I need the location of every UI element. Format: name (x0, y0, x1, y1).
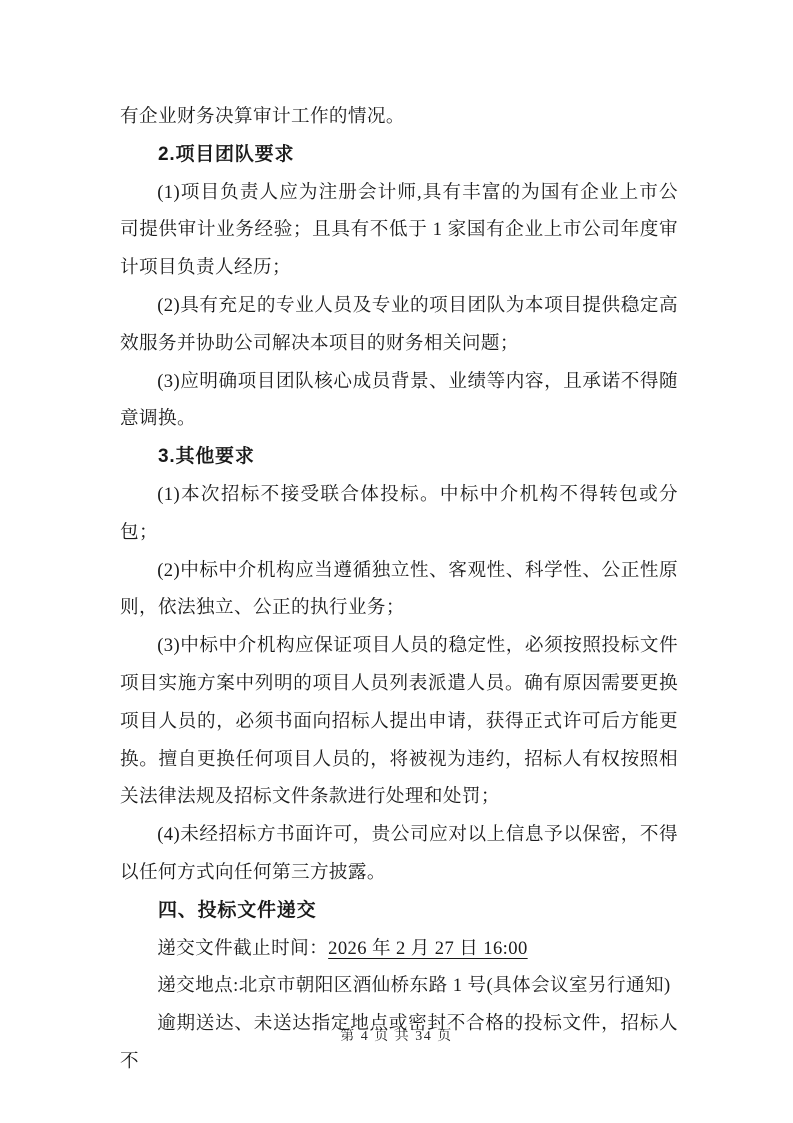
section-heading-project-team-requirements: 2.项目团队要求 (120, 136, 678, 174)
paragraph-other-requirement-2: (2)中标中介机构应当遵循独立性、客观性、科学性、公正性原则，依法独立、公正的执… (120, 552, 678, 628)
paragraph-other-requirement-1: (1)本次招标不接受联合体投标。中标中介机构不得转包或分包； (120, 476, 678, 552)
paragraph-other-requirement-4: (4)未经招标方书面许可，贵公司应对以上信息予以保密，不得以任何方式向任何第三方… (120, 816, 678, 892)
paragraph-team-requirement-3: (3)应明确项目团队核心成员背景、业绩等内容，且承诺不得随意调换。 (120, 363, 678, 439)
paragraph-team-requirement-2: (2)具有充足的专业人员及专业的项目团队为本项目提供稳定高效服务并协助公司解决本… (120, 287, 678, 363)
submission-deadline-value: 2026 年 2 月 27 日 16:00 (328, 938, 528, 959)
paragraph-submission-location: 递交地点:北京市朝阳区酒仙桥东路 1 号(具体会议室另行通知) (120, 967, 678, 1005)
section-heading-other-requirements: 3.其他要求 (120, 438, 678, 476)
section-heading-bid-document-submission: 四、投标文件递交 (120, 892, 678, 930)
document-page: 有企业财务决算审计工作的情况。 2.项目团队要求 (1)项目负责人应为注册会计师… (0, 0, 793, 1123)
submission-deadline-label: 递交文件截止时间： (157, 938, 328, 959)
page-content: 有企业财务决算审计工作的情况。 2.项目团队要求 (1)项目负责人应为注册会计师… (120, 98, 678, 1081)
page-number-label: 第 4 页 共 34 页 (0, 1025, 793, 1045)
paragraph-other-requirement-3: (3)中标中介机构应保证项目人员的稳定性，必须按照投标文件项目实施方案中列明的项… (120, 627, 678, 816)
paragraph-continued-from-previous-page: 有企业财务决算审计工作的情况。 (120, 98, 678, 136)
paragraph-submission-deadline: 递交文件截止时间：2026 年 2 月 27 日 16:00 (120, 930, 678, 968)
paragraph-team-requirement-1: (1)项目负责人应为注册会计师,具有丰富的为国有企业上市公司提供审计业务经验；且… (120, 174, 678, 287)
